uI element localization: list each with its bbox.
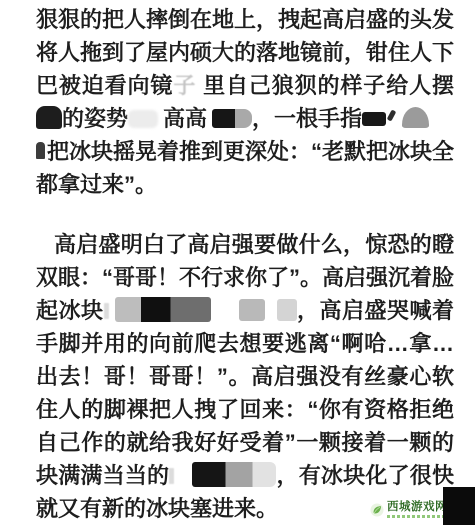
text-line: 把冰块摇晃着推到更深处：“老默把冰块全 [36, 135, 454, 168]
text-run: 住人的脚裸把人拽了回来：“你有资格拒绝吗， [36, 397, 454, 426]
text-run: 巴被迫看向镜 [36, 73, 173, 98]
text-run: 块满满当当的 [36, 463, 169, 488]
text-run: 高高 [163, 106, 207, 131]
gap-spacer [394, 125, 402, 126]
text-run: 狠狠的把人摔倒在地上，拽起高启盛的头发 [36, 7, 454, 32]
leaf-icon [370, 503, 384, 517]
paragraph: 狠狠的把人摔倒在地上，拽起高启盛的头发将人拖到了屋内硕大的落地镜前，钳住人下巴被… [36, 3, 454, 201]
text-line: 的姿势高高，一根手指 [36, 102, 454, 135]
gap-spacer [265, 317, 277, 318]
text-line: 住人的脚裸把人拽了回来：“你有资格拒绝吗， [36, 393, 454, 426]
watermark-text-block: 西城游戏网 [387, 501, 447, 518]
redaction-box [402, 107, 429, 128]
text-run: ，一根手指 [252, 106, 362, 131]
redaction-box [36, 106, 62, 129]
redaction-box [387, 109, 397, 121]
corner-black-box [443, 487, 475, 525]
story-text: 狠狠的把人摔倒在地上，拽起高启盛的头发将人拖到了屋内硕大的落地镜前，钳住人下巴被… [0, 0, 475, 525]
gap-spacer [211, 317, 239, 318]
redaction-box [104, 303, 109, 319]
watermark: 西城游戏网 [370, 501, 447, 518]
gap-spacer [109, 317, 115, 318]
faded-character: 子 [173, 73, 196, 98]
redaction-box [36, 142, 45, 159]
text-run: ，高启盛哭喊着 [297, 298, 454, 323]
watermark-site-name: 西城游戏网 [387, 501, 447, 513]
redaction-box [115, 297, 211, 322]
text-run: 的姿势 [62, 106, 128, 131]
gap-spacer [174, 482, 192, 483]
text-run: ，有冰块化了很快 [276, 463, 454, 488]
text-line: 高启盛明白了高启强要做什么，惊恐的瞪大 [36, 228, 454, 261]
text-run: 将人拖到了屋内硕大的落地镜前，钳住人下 [36, 40, 454, 65]
text-run: 自己作的就给我好好受着”一颗接着一颗的冰 [36, 430, 454, 459]
redaction-box [169, 468, 174, 484]
text-line: 将人拖到了屋内硕大的落地镜前，钳住人下 [36, 36, 454, 69]
text-line: 手脚并用的向前爬去想要逃离“啊哈…拿…拿 [36, 327, 454, 360]
redaction-box [362, 112, 386, 126]
redaction-box [128, 110, 158, 128]
text-line: 自己作的就给我好好受着”一颗接着一颗的冰 [36, 426, 454, 459]
text-run: 就又有新的冰块塞进来。 [36, 496, 278, 521]
text-line: 双眼：“哥哥！不行求你了”。高启强沉着脸拿 [36, 261, 454, 294]
text-line: 块满满当当的，有冰块化了很快 [36, 459, 454, 492]
text-line: 狠狠的把人摔倒在地上，拽起高启盛的头发 [36, 3, 454, 36]
text-run: 把冰块摇晃着推到更深处：“老默把冰块全 [47, 139, 454, 164]
text-run: 手脚并用的向前爬去想要逃离“啊哈…拿…拿 [36, 331, 454, 360]
text-run: 出去！哥！哥哥！”。高启强没有丝豪心软的攥 [36, 364, 454, 393]
text-run: 都拿过来”。 [36, 172, 157, 197]
redaction-box [277, 299, 297, 321]
text-run: 双眼：“哥哥！不行求你了”。高启强沉着脸拿 [36, 265, 454, 294]
redaction-box [212, 109, 252, 128]
text-run: 高启盛明白了高启强要做什么，惊恐的瞪大 [36, 232, 454, 261]
text-line: 起冰块，高启盛哭喊着 [36, 294, 454, 327]
paragraph: 高启盛明白了高启强要做什么，惊恐的瞪大双眼：“哥哥！不行求你了”。高启强沉着脸拿… [36, 228, 454, 525]
page: 狠狠的把人摔倒在地上，拽起高启盛的头发将人拖到了屋内硕大的落地镜前，钳住人下巴被… [0, 0, 475, 525]
redaction-box [239, 299, 265, 321]
text-line: 巴被迫看向镜子里自己狼狈的样子给人摆出 [36, 69, 454, 102]
text-line: 出去！哥！哥哥！”。高启强没有丝豪心软的攥 [36, 360, 454, 393]
text-run: 起冰块 [36, 298, 104, 323]
watermark-subtext [387, 515, 445, 518]
redaction-box [192, 462, 276, 487]
text-line: 都拿过来”。 [36, 168, 454, 201]
